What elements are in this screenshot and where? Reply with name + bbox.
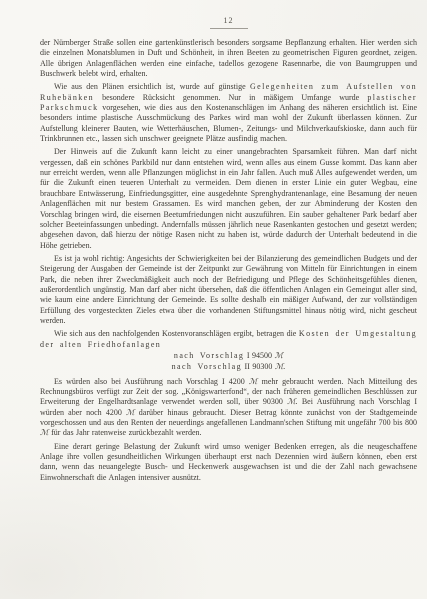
- paragraph: Eine derart geringe Belastung der Zukunf…: [40, 442, 417, 483]
- text-run: II 90300: [242, 362, 275, 371]
- paragraph: Wie aus den Plänen ersichtlich ist, wurd…: [40, 82, 417, 144]
- mark-currency-symbol: ℳ: [275, 351, 284, 360]
- text-run: Es würden also bei Ausführung nach Vorsc…: [54, 377, 249, 386]
- paragraph: der Nürnberger Straße sollen eine garten…: [40, 38, 417, 79]
- header-rule: [210, 28, 248, 29]
- text-run: Eine derart geringe Belastung der Zukunf…: [40, 442, 417, 482]
- text-run: Der Hinweis auf die Zukunft kann leicht …: [40, 147, 417, 249]
- paragraph: Der Hinweis auf die Zukunft kann leicht …: [40, 147, 417, 250]
- page-header: 12: [40, 16, 417, 29]
- mark-currency-symbol: ℳ: [126, 408, 135, 417]
- paragraph: Es ist ja wohl richtig: Angesichts der S…: [40, 254, 417, 326]
- emphasized-text-run: nach Vorschlag: [172, 362, 242, 371]
- paragraph: Wie sich aus den nachfolgenden Kostenvor…: [40, 329, 417, 350]
- mark-currency-symbol: ℳ.: [275, 362, 286, 371]
- emphasized-text-run: nach Vorschlag: [174, 351, 244, 360]
- text-run: Es ist ja wohl richtig: Angesichts der S…: [40, 254, 417, 325]
- text-run: Wie aus den Plänen ersichtlich ist, wurd…: [54, 82, 250, 91]
- paragraph: nach Vorschlag I 94500 ℳ: [40, 351, 417, 361]
- text-run: I 94500: [244, 351, 274, 360]
- text-run: der Nürnberger Straße sollen eine garten…: [40, 38, 417, 78]
- mark-currency-symbol: ℳ: [40, 428, 49, 437]
- mark-currency-symbol: ℳ.: [287, 397, 298, 406]
- text-run: besondere Rücksicht genommen. Nur in mäß…: [94, 93, 367, 102]
- paragraph: nach Vorschlag II 90300 ℳ.: [40, 362, 417, 372]
- text-run: Wie sich aus den nachfolgenden Kostenvor…: [54, 329, 299, 338]
- paragraph: Es würden also bei Ausführung nach Vorsc…: [40, 377, 417, 439]
- text-run: für das Jahr ratenweise zurückbezahlt we…: [49, 428, 202, 437]
- text-block: der Nürnberger Straße sollen eine garten…: [40, 38, 417, 483]
- scanned-page: 12 der Nürnberger Straße sollen eine gar…: [0, 0, 427, 599]
- page-number: 12: [40, 16, 417, 26]
